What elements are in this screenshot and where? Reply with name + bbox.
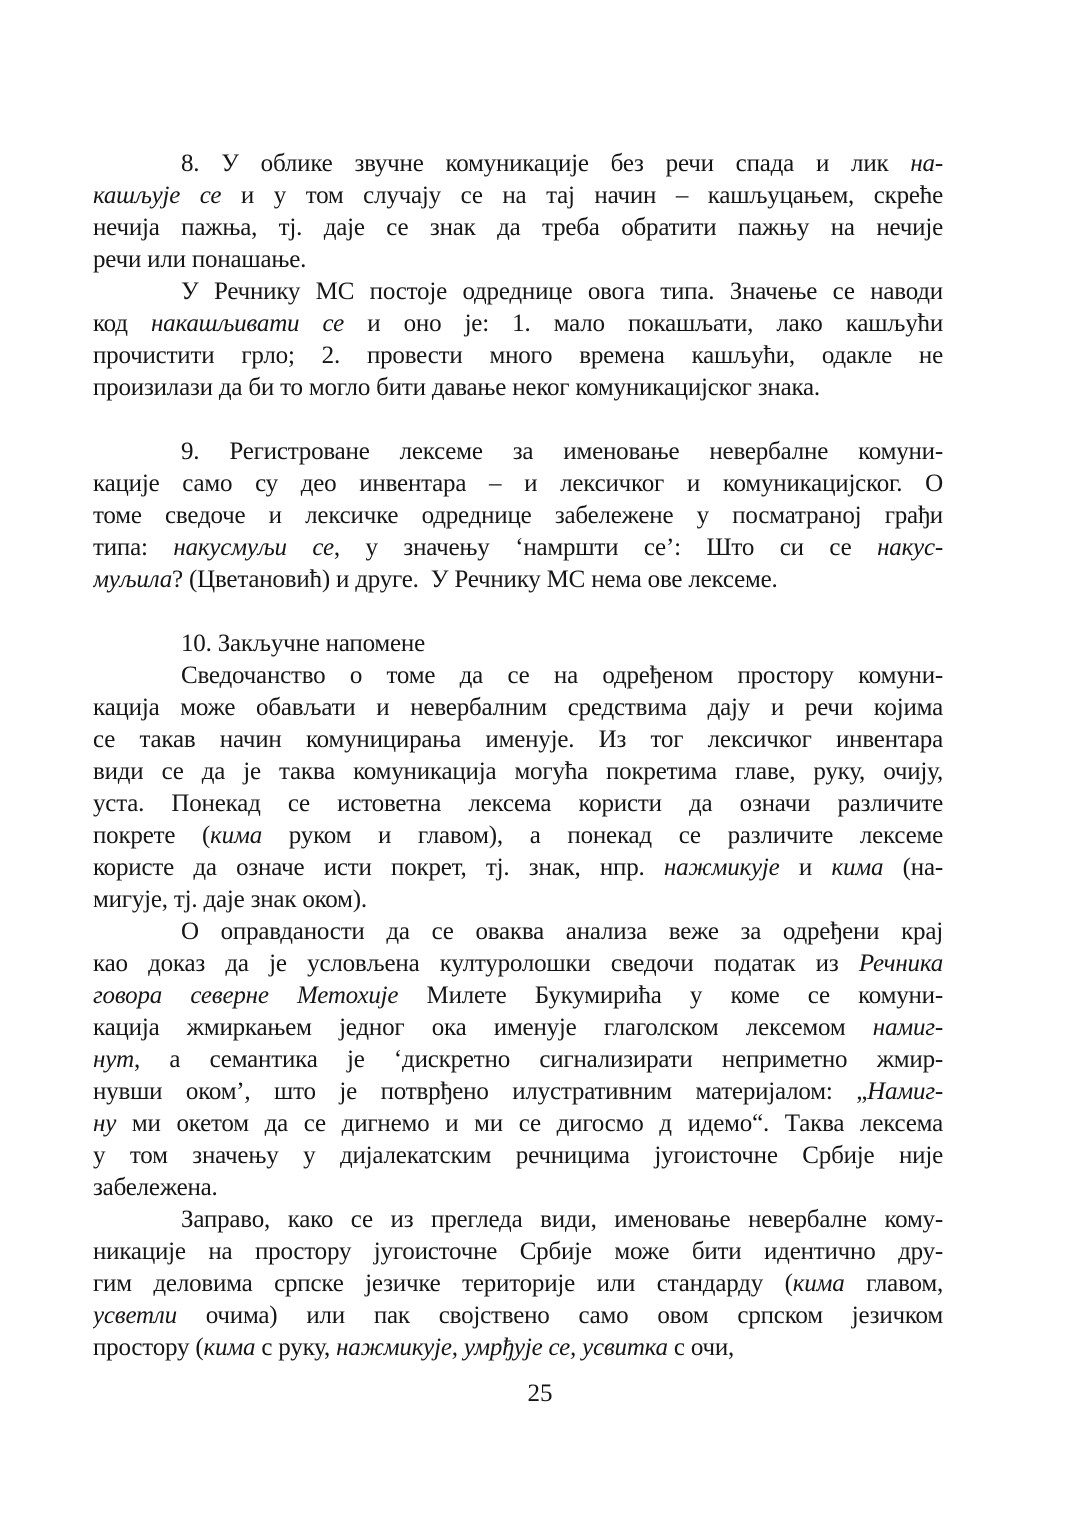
text-run: гим деловима српске језичке територије и… <box>93 1270 793 1297</box>
text-run: ми окетом да се дигнемо и ми се дигосмо … <box>116 1110 943 1137</box>
text-run: с руку, <box>255 1334 336 1361</box>
text-run: уста. Понекад се истоветна лексема корис… <box>93 790 943 817</box>
text-run-italic: нажмикује <box>664 854 780 881</box>
text-run: произилази да би то могло бити давање не… <box>93 374 820 401</box>
text-run: с очи, <box>668 1334 734 1361</box>
text-run: кације само су део инвентара – и лексичк… <box>93 470 943 497</box>
paragraph: О оправданости да се оваква анализа веже… <box>93 916 943 1204</box>
text-run-italic: ну <box>93 1110 116 1137</box>
text-line: у том значењу у дијалекатским речницима … <box>93 1140 943 1172</box>
text-line: уста. Понекад се истоветна лексема корис… <box>93 788 943 820</box>
paragraph: 8. У облике звучне комуникације без речи… <box>93 148 943 276</box>
document-page: 8. У облике звучне комуникације без речи… <box>0 0 1080 1530</box>
text-run-italic: накусмуљи се <box>173 534 334 561</box>
text-line: кације само су део инвентара – и лексичк… <box>93 468 943 500</box>
text-line: речи или понашање. <box>93 244 943 276</box>
text-run: , а семантика је ‘дискретно сигнализират… <box>134 1046 943 1073</box>
text-run: и <box>780 854 832 881</box>
text-line: прочистити грло; 2. провести много време… <box>93 340 943 372</box>
text-line: усветли очима) или пак својствено само о… <box>93 1300 943 1332</box>
text-run: се такав начин комуницирања именује. Из … <box>93 726 943 753</box>
text-run: као доказ да је условљена културолошки с… <box>93 950 859 977</box>
text-run-italic: кима <box>831 854 883 881</box>
text-run: Сведочанство о томе да се на одређеном п… <box>181 662 943 689</box>
text-run: и у том случају се на тај начин – кашљуц… <box>221 182 943 209</box>
text-run: 9. Регистроване лексеме за именовање нев… <box>181 438 943 465</box>
text-run: никације на простору југоисточне Србије … <box>93 1238 943 1265</box>
text-line: се такав начин комуницирања именује. Из … <box>93 724 943 756</box>
paragraph: Заправо, како се из прегледа види, имено… <box>93 1204 943 1364</box>
text-run-italic: намиг- <box>873 1014 943 1041</box>
paragraph-spacer <box>93 404 943 436</box>
text-line: као доказ да је условљена културолошки с… <box>93 948 943 980</box>
text-run: Заправо, како се из прегледа види, имено… <box>181 1206 943 1233</box>
text-line: кашљује се и у том случају се на тај нач… <box>93 180 943 212</box>
text-line: 8. У облике звучне комуникације без речи… <box>93 148 943 180</box>
paragraph: 9. Регистроване лексеме за именовање нев… <box>93 436 943 596</box>
text-line: простору (кима с руку, нажмикује, умрђуј… <box>93 1332 943 1364</box>
text-run: У Речнику МС постоје одреднице овога тип… <box>181 278 943 305</box>
text-run: прочистити грло; 2. провести много време… <box>93 342 943 369</box>
text-line: говора северне Метохије Милете Букумирић… <box>93 980 943 1012</box>
text-line: ну ми окетом да се дигнемо и ми се дигос… <box>93 1108 943 1140</box>
text-line: користе да означе исти покрет, тј. знак,… <box>93 852 943 884</box>
text-run: користе да означе исти покрет, тј. знак,… <box>93 854 664 881</box>
text-run: 8. У облике звучне комуникације без речи… <box>181 150 910 177</box>
text-run: и оно је: 1. мало покашљати, лако кашљућ… <box>344 310 943 337</box>
text-run-italic: нут <box>93 1046 134 1073</box>
text-run-italic: нажмикује, умрђује се, усвитка <box>336 1334 668 1361</box>
text-run: код <box>93 310 151 337</box>
text-run: забележена. <box>93 1174 218 1201</box>
text-line: муљила? (Цветановић) и друге. У Речнику … <box>93 564 943 596</box>
text-line: У Речнику МС постоје одреднице овога тип… <box>93 276 943 308</box>
text-run: томе сведоче и лексичке одреднице забеле… <box>93 502 943 529</box>
text-run-italic: на- <box>910 150 943 177</box>
page-body: 8. У облике звучне комуникације без речи… <box>93 148 943 1364</box>
text-run: ? (Цветановић) и друге. У Речнику МС нем… <box>172 566 778 593</box>
text-line: О оправданости да се оваква анализа веже… <box>93 916 943 948</box>
text-run-italic: муљила <box>93 566 172 593</box>
text-line: никације на простору југоисточне Србије … <box>93 1236 943 1268</box>
text-run: кација жмиркањем једног ока именује глаг… <box>93 1014 873 1041</box>
text-run: у том значењу у дијалекатским речницима … <box>93 1142 943 1169</box>
text-line: томе сведоче и лексичке одреднице забеле… <box>93 500 943 532</box>
text-run: типа: <box>93 534 173 561</box>
text-run: нувши оком’, што је потврђено илустратив… <box>93 1078 867 1105</box>
text-run: Милете Букумирића у коме се комуни- <box>398 982 943 1009</box>
text-run: кација може обављати и невербалним средс… <box>93 694 943 721</box>
text-line: типа: накусмуљи се, у значењу ‘намршти с… <box>93 532 943 564</box>
text-line: 9. Регистроване лексеме за именовање нев… <box>93 436 943 468</box>
text-run: простору ( <box>93 1334 203 1361</box>
text-line: забележена. <box>93 1172 943 1204</box>
paragraph: 10. Закључне напомене <box>93 628 943 660</box>
text-line: нувши оком’, што је потврђено илустратив… <box>93 1076 943 1108</box>
paragraph: У Речнику МС постоје одреднице овога тип… <box>93 276 943 404</box>
text-run: , у значењу ‘намршти се’: Што си се <box>334 534 877 561</box>
text-line: нечија пажња, тј. даје се знак да треба … <box>93 212 943 244</box>
text-run: О оправданости да се оваква анализа веже… <box>181 918 943 945</box>
text-run-italic: кашљује се <box>93 182 221 209</box>
text-line: произилази да би то могло бити давање не… <box>93 372 943 404</box>
text-run-italic: кима <box>793 1270 845 1297</box>
text-run-italic: Намиг- <box>867 1078 943 1105</box>
text-run-italic: говора северне Метохије <box>93 982 398 1009</box>
text-run-italic: накашљивати се <box>151 310 344 337</box>
text-line: види се да је таква комуникација могућа … <box>93 756 943 788</box>
text-run: види се да је таква комуникација могућа … <box>93 758 943 785</box>
text-run: (на- <box>883 854 943 881</box>
paragraph-spacer <box>93 596 943 628</box>
text-line: нут, а семантика је ‘дискретно сигнализи… <box>93 1044 943 1076</box>
text-run-italic: кима <box>203 1334 255 1361</box>
text-run: речи или понашање. <box>93 246 306 273</box>
text-line: код накашљивати се и оно је: 1. мало пок… <box>93 308 943 340</box>
text-run-italic: накус- <box>877 534 943 561</box>
text-run: главом, <box>845 1270 943 1297</box>
text-line: кација може обављати и невербалним средс… <box>93 692 943 724</box>
text-run: очима) или пак својствено само овом српс… <box>177 1302 943 1329</box>
text-line: мигује, тј. даје знак оком). <box>93 884 943 916</box>
text-run-italic: кима <box>210 822 262 849</box>
text-run-italic: Речника <box>859 950 943 977</box>
text-run: руком и главом), а понекад се различите … <box>262 822 943 849</box>
page-number: 25 <box>0 1379 1080 1409</box>
text-line: 10. Закључне напомене <box>93 628 943 660</box>
text-run: нечија пажња, тј. даје се знак да треба … <box>93 214 943 241</box>
text-line: Заправо, како се из прегледа види, имено… <box>93 1204 943 1236</box>
text-run: покрете ( <box>93 822 210 849</box>
text-run: мигује, тј. даје знак оком). <box>93 886 367 913</box>
text-line: кација жмиркањем једног ока именује глаг… <box>93 1012 943 1044</box>
text-line: гим деловима српске језичке територије и… <box>93 1268 943 1300</box>
text-line: покрете (кима руком и главом), а понекад… <box>93 820 943 852</box>
text-line: Сведочанство о томе да се на одређеном п… <box>93 660 943 692</box>
text-run: 10. Закључне напомене <box>181 630 425 657</box>
paragraph: Сведочанство о томе да се на одређеном п… <box>93 660 943 916</box>
text-run-italic: усветли <box>93 1302 177 1329</box>
